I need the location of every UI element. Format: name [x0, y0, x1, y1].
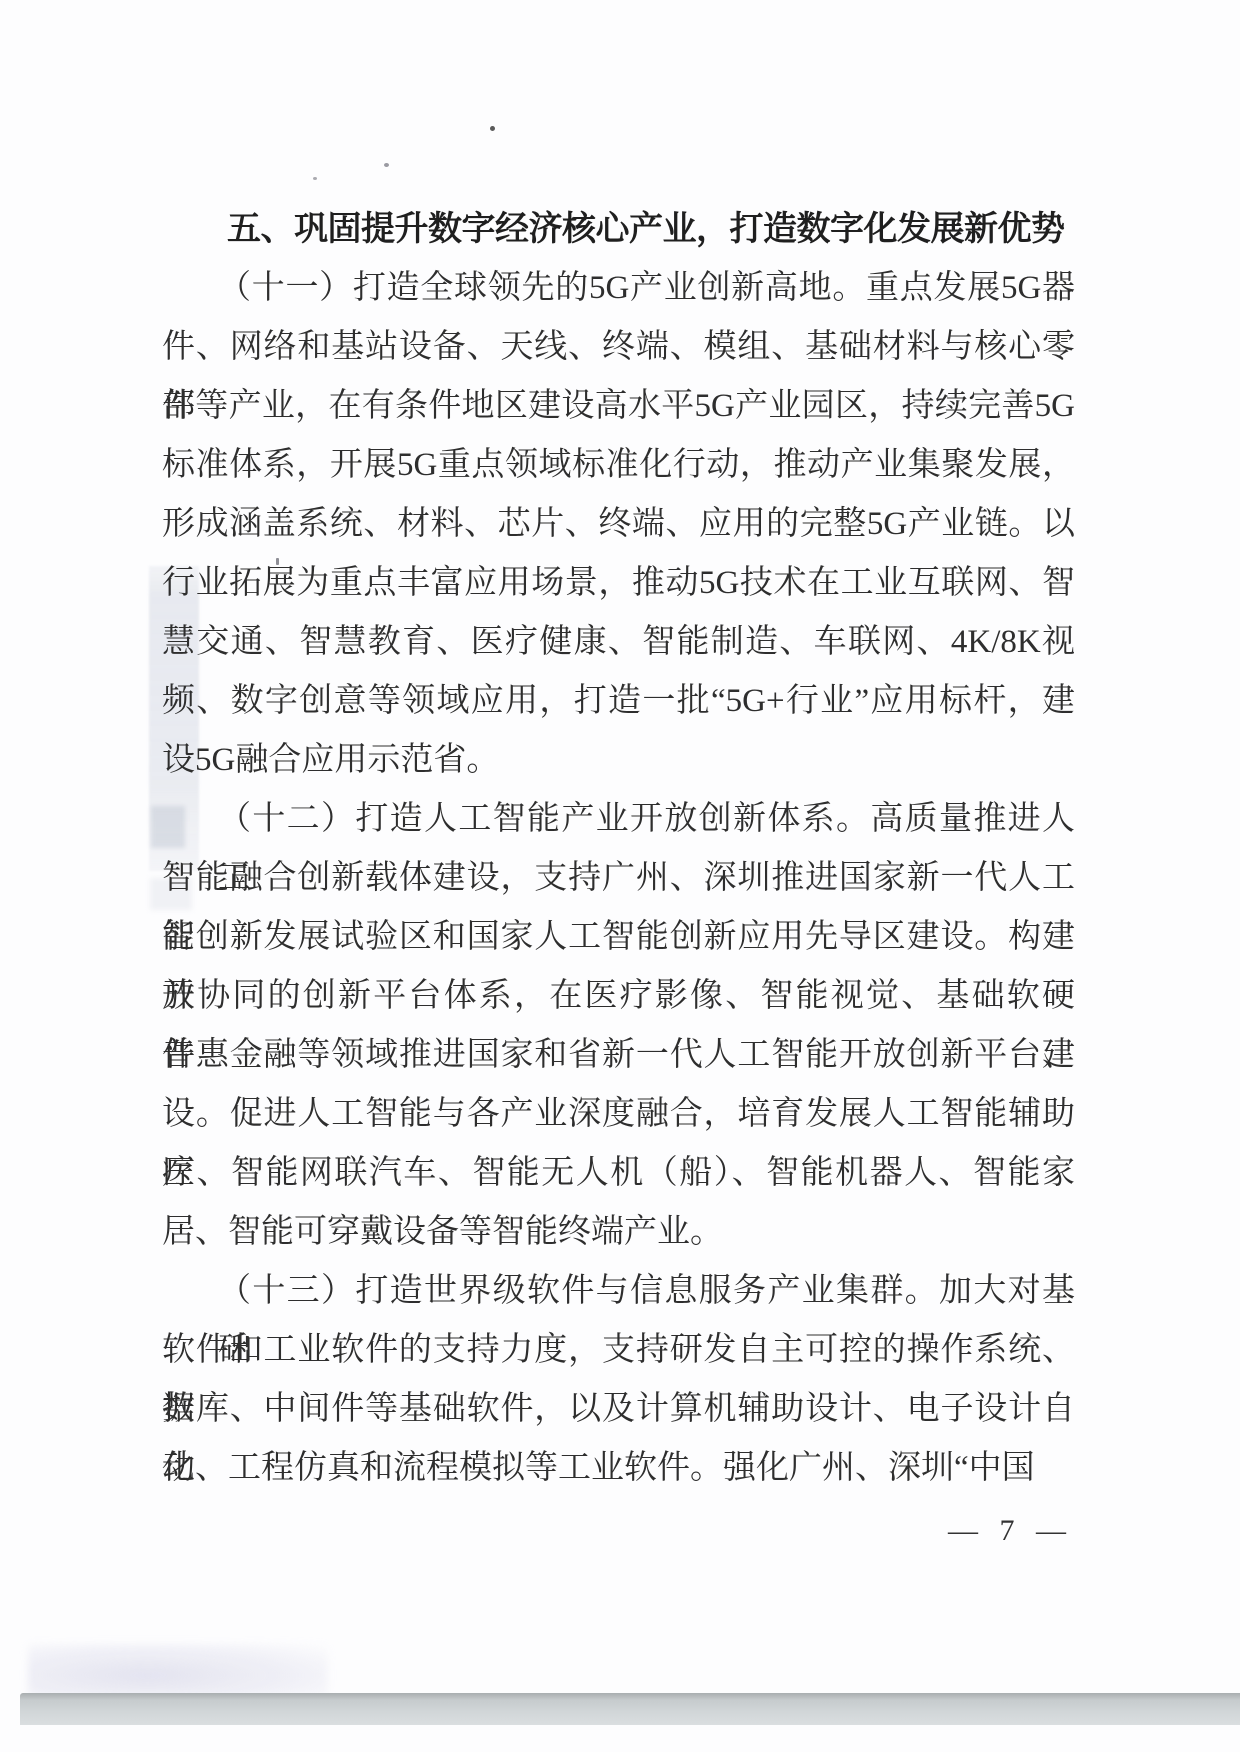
- text-line: 化、工程仿真和流程模拟等工业软件。强化广州、深圳“中国: [162, 1439, 1075, 1498]
- scan-speck: [490, 126, 495, 131]
- text-line: 能创新发展试验区和国家人工智能创新应用先导区建设。构建开: [162, 908, 1075, 967]
- text-line: 放协同的创新平台体系，在医疗影像、智能视觉、基础软硬件、: [162, 967, 1075, 1026]
- document-content: 五、巩固提升数字经济核心产业，打造数字化发展新优势 （十一）打造全球领先的5G产…: [162, 200, 1075, 1498]
- text-line: 设。促进人工智能与各产业深度融合，培育发展人工智能辅助医: [162, 1085, 1075, 1144]
- text-line: （十一）打造全球领先的5G产业创新高地。重点发展5G器: [162, 259, 1075, 318]
- text-line: 设5G融合应用示范省。: [162, 731, 1075, 790]
- scan-artifact-bottom-smudge: [28, 1644, 328, 1696]
- text-line: （十三）打造世界级软件与信息服务产业集群。加大对基础: [162, 1262, 1075, 1321]
- text-line: 普惠金融等领域推进国家和省新一代人工智能开放创新平台建: [162, 1026, 1075, 1085]
- text-line: 件等产业，在有条件地区建设高水平5G产业园区，持续完善5G: [162, 377, 1075, 436]
- text-line: （十二）打造人工智能产业开放创新体系。高质量推进人工: [162, 790, 1075, 849]
- text-line: 行业拓展为重点丰富应用场景，推动5G技术在工业互联网、智: [162, 554, 1075, 613]
- scan-artifact-bottom-band: [20, 1693, 1240, 1725]
- text-line: 软件和工业软件的支持力度，支持研发自主可控的操作系统、数: [162, 1321, 1075, 1380]
- paragraphs-container: （十一）打造全球领先的5G产业创新高地。重点发展5G器件、网络和基站设备、天线、…: [162, 259, 1075, 1498]
- text-line: 慧交通、智慧教育、医疗健康、智能制造、车联网、4K/8K视: [162, 613, 1075, 672]
- text-line: 疗、智能网联汽车、智能无人机（船）、智能机器人、智能家: [162, 1144, 1075, 1203]
- text-line: 标准体系，开展5G重点领域标准化行动，推动产业集聚发展，: [162, 436, 1075, 495]
- text-line: 居、智能可穿戴设备等智能终端产业。: [162, 1203, 1075, 1262]
- text-line: 智能融合创新载体建设，支持广州、深圳推进国家新一代人工智: [162, 849, 1075, 908]
- section-heading: 五、巩固提升数字经济核心产业，打造数字化发展新优势: [162, 200, 1075, 259]
- scan-speck: [384, 163, 389, 167]
- scanned-document-page: 五、巩固提升数字经济核心产业，打造数字化发展新优势 （十一）打造全球领先的5G产…: [0, 0, 1240, 1752]
- text-line: 形成涵盖系统、材料、芯片、终端、应用的完整5G产业链。以: [162, 495, 1075, 554]
- scan-speck: [313, 177, 317, 180]
- text-line: 件、网络和基站设备、天线、终端、模组、基础材料与核心零部: [162, 318, 1075, 377]
- text-line: 据库、中间件等基础软件，以及计算机辅助设计、电子设计自动: [162, 1380, 1075, 1439]
- page-number: — 7 —: [948, 1514, 1068, 1548]
- text-line: 频、数字创意等领域应用，打造一批“5G+行业”应用标杆，建: [162, 672, 1075, 731]
